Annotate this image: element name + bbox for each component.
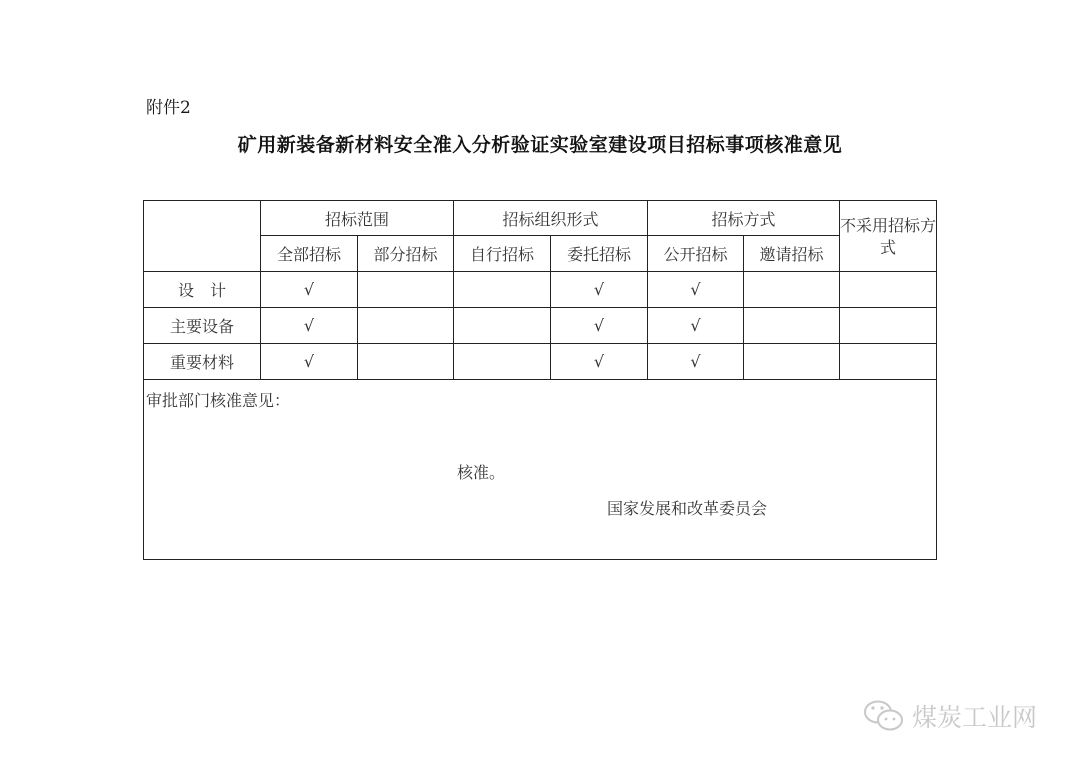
check-cell: √	[648, 308, 744, 344]
check-cell	[840, 272, 937, 308]
opinion-cell: 审批部门核准意见： 核准。 国家发展和改革委员会	[144, 380, 937, 560]
row-label: 设 计	[144, 272, 261, 308]
attachment-label: 附件2	[146, 93, 191, 118]
table-row: 主要设备 √ √ √	[144, 308, 937, 344]
check-cell: √	[551, 308, 648, 344]
check-cell	[840, 308, 937, 344]
check-cell	[744, 344, 840, 380]
watermark: 煤炭工业网	[862, 698, 1037, 734]
check-cell: √	[261, 308, 358, 344]
corner-cell	[144, 201, 261, 272]
check-cell	[454, 308, 551, 344]
wechat-icon	[862, 698, 906, 734]
row-label: 重要材料	[144, 344, 261, 380]
header-tender-scope: 招标范围	[261, 201, 454, 236]
table-row: 重要材料 √ √ √	[144, 344, 937, 380]
opinion-signature: 国家发展和改革委员会	[607, 496, 767, 519]
check-cell: √	[261, 272, 358, 308]
check-cell	[840, 344, 937, 380]
check-cell	[744, 272, 840, 308]
opinion-result: 核准。	[457, 460, 505, 483]
subheader-invited-tender: 邀请招标	[744, 236, 840, 272]
approval-table: 招标范围 招标组织形式 招标方式 不采用招标方式 全部招标 部分招标 自行招标 …	[143, 200, 937, 560]
check-cell	[358, 272, 454, 308]
subheader-self-tender: 自行招标	[454, 236, 551, 272]
check-cell: √	[261, 344, 358, 380]
subheader-entrusted-tender: 委托招标	[551, 236, 648, 272]
check-cell	[358, 344, 454, 380]
subheader-partial-tender: 部分招标	[358, 236, 454, 272]
check-cell	[744, 308, 840, 344]
check-cell	[454, 344, 551, 380]
watermark-text: 煤炭工业网	[912, 698, 1037, 734]
table-row: 设 计 √ √ √	[144, 272, 937, 308]
check-cell	[454, 272, 551, 308]
header-tender-organization: 招标组织形式	[454, 201, 648, 236]
header-no-tender: 不采用招标方式	[840, 201, 937, 272]
opinion-label: 审批部门核准意见：	[146, 388, 290, 411]
check-cell	[358, 308, 454, 344]
document-title: 矿用新装备新材料安全准入分析验证实验室建设项目招标事项核准意见	[0, 130, 1080, 157]
row-label: 主要设备	[144, 308, 261, 344]
subheader-open-tender: 公开招标	[648, 236, 744, 272]
check-cell: √	[648, 344, 744, 380]
header-tender-method: 招标方式	[648, 201, 840, 236]
check-cell: √	[551, 344, 648, 380]
check-cell: √	[551, 272, 648, 308]
check-cell: √	[648, 272, 744, 308]
subheader-full-tender: 全部招标	[261, 236, 358, 272]
